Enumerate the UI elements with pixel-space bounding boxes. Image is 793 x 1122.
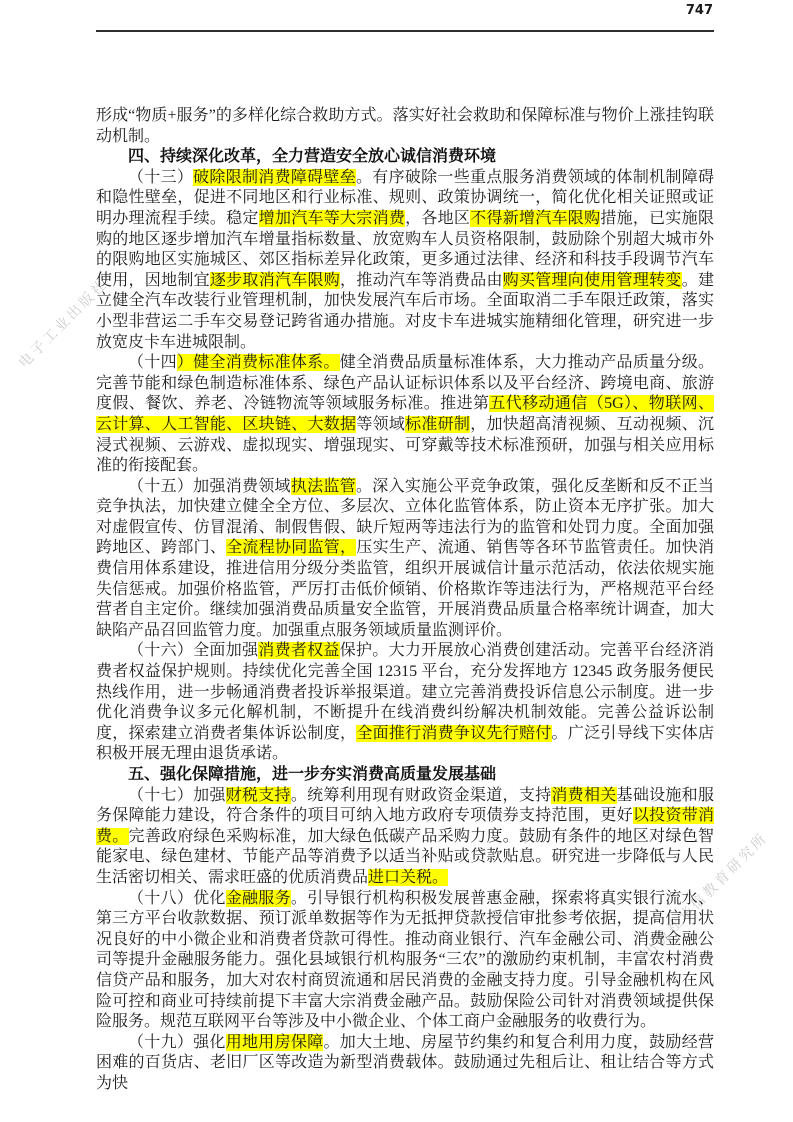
highlighted-text: 全面推行消费争议先行赔付 [356,725,551,742]
paragraph: （十三）破除限制消费障碍壁垒。有序破除一些重点服务消费领域的体制机制障碍和隐性壁… [96,168,714,353]
text-run: （十三） [128,169,193,186]
highlighted-text: 标准研制 [405,416,470,433]
paragraph: （十五）加强消费领域执法监管。深入实施公平竞争政策，强化反垄断和反不正当竞争执法… [96,477,714,642]
paragraph: （十六）全面加强消费者权益保护。大力开展放心消费创建活动。完善平台经济消费者权益… [96,641,714,765]
text-run: 四、持续深化改革，全力营造安全放心诚信消费环境 [128,148,496,165]
text-run: ，推动汽车等消费品由 [340,272,503,289]
paragraph: （十八）优化金融服务。引导银行机构积极发展普惠金融，探索将真实银行流水、第三方平… [96,889,714,1033]
text-run: （十五）加强消费领域 [128,478,291,495]
highlighted-text: 全流程协同监管， [226,539,356,556]
paragraph: 形成“物质+服务”的多样化综合救助方式。落实好社会救助和保障标准与物价上涨挂钩联… [96,106,714,147]
highlighted-text: 用地用房保障 [226,1034,324,1051]
text-run: （十四 [128,354,177,371]
text-run: ，各地区 [405,210,470,227]
highlighted-text: 破除限制消费障碍壁垒 [193,169,356,186]
text-run: （十九）强化 [128,1034,226,1051]
paragraph: （十四）健全消费标准体系。健全消费品质量标准体系，大力推动产品质量分级。完善节能… [96,353,714,477]
text-run: 。统筹利用现有财政资金渠道，支持 [291,787,552,804]
text-run: 等领域 [356,416,405,433]
text-run: （十八）优化 [128,890,226,907]
highlighted-text: ）健全消费标准体系。 [177,354,340,371]
highlighted-text: 不得新增汽车限购 [470,210,600,227]
text-run: 形成“物质+服务”的多样化综合救助方式。落实好社会救助和保障标准与物价上涨挂钩联… [96,107,714,145]
header-rule [96,30,714,32]
section-heading: 四、持续深化改革，全力营造安全放心诚信消费环境 [96,147,714,168]
paragraph: （十七）加强财税支持。统筹利用现有财政资金渠道，支持消费相关基础设施和服务保障能… [96,786,714,889]
highlighted-text: 增加汽车等大宗消费 [259,210,405,227]
text-run: （十七）加强 [128,787,226,804]
highlighted-text: 逐步取消汽车限购 [210,272,340,289]
text-run: 。引导银行机构积极发展普惠金融，探索将真实银行流水、第三方平台收款数据、预订派单… [96,890,714,1031]
page-number: 747 [686,3,713,18]
highlighted-text: 金融服务 [226,890,291,907]
highlighted-text: 购买管理向使用管理转变 [503,272,682,289]
text-run: （十六）全面加强 [128,642,258,659]
text-run: 五、强化保障措施，进一步夯实消费高质量发展基础 [128,766,496,783]
section-heading: 五、强化保障措施，进一步夯实消费高质量发展基础 [96,765,714,786]
highlighted-text: 财税支持 [226,787,291,804]
highlighted-text: 进口关税。 [368,869,448,886]
highlighted-text: 执法监管 [291,478,356,495]
highlighted-text: 消费者权益 [258,642,339,659]
document-body: 形成“物质+服务”的多样化综合救助方式。落实好社会救助和保障标准与物价上涨挂钩联… [96,106,714,1095]
highlighted-text: 消费相关 [551,787,616,804]
paragraph: （十九）强化用地用房保障。加大土地、房屋节约集约和复合利用力度，鼓励经营困难的百… [96,1033,714,1095]
